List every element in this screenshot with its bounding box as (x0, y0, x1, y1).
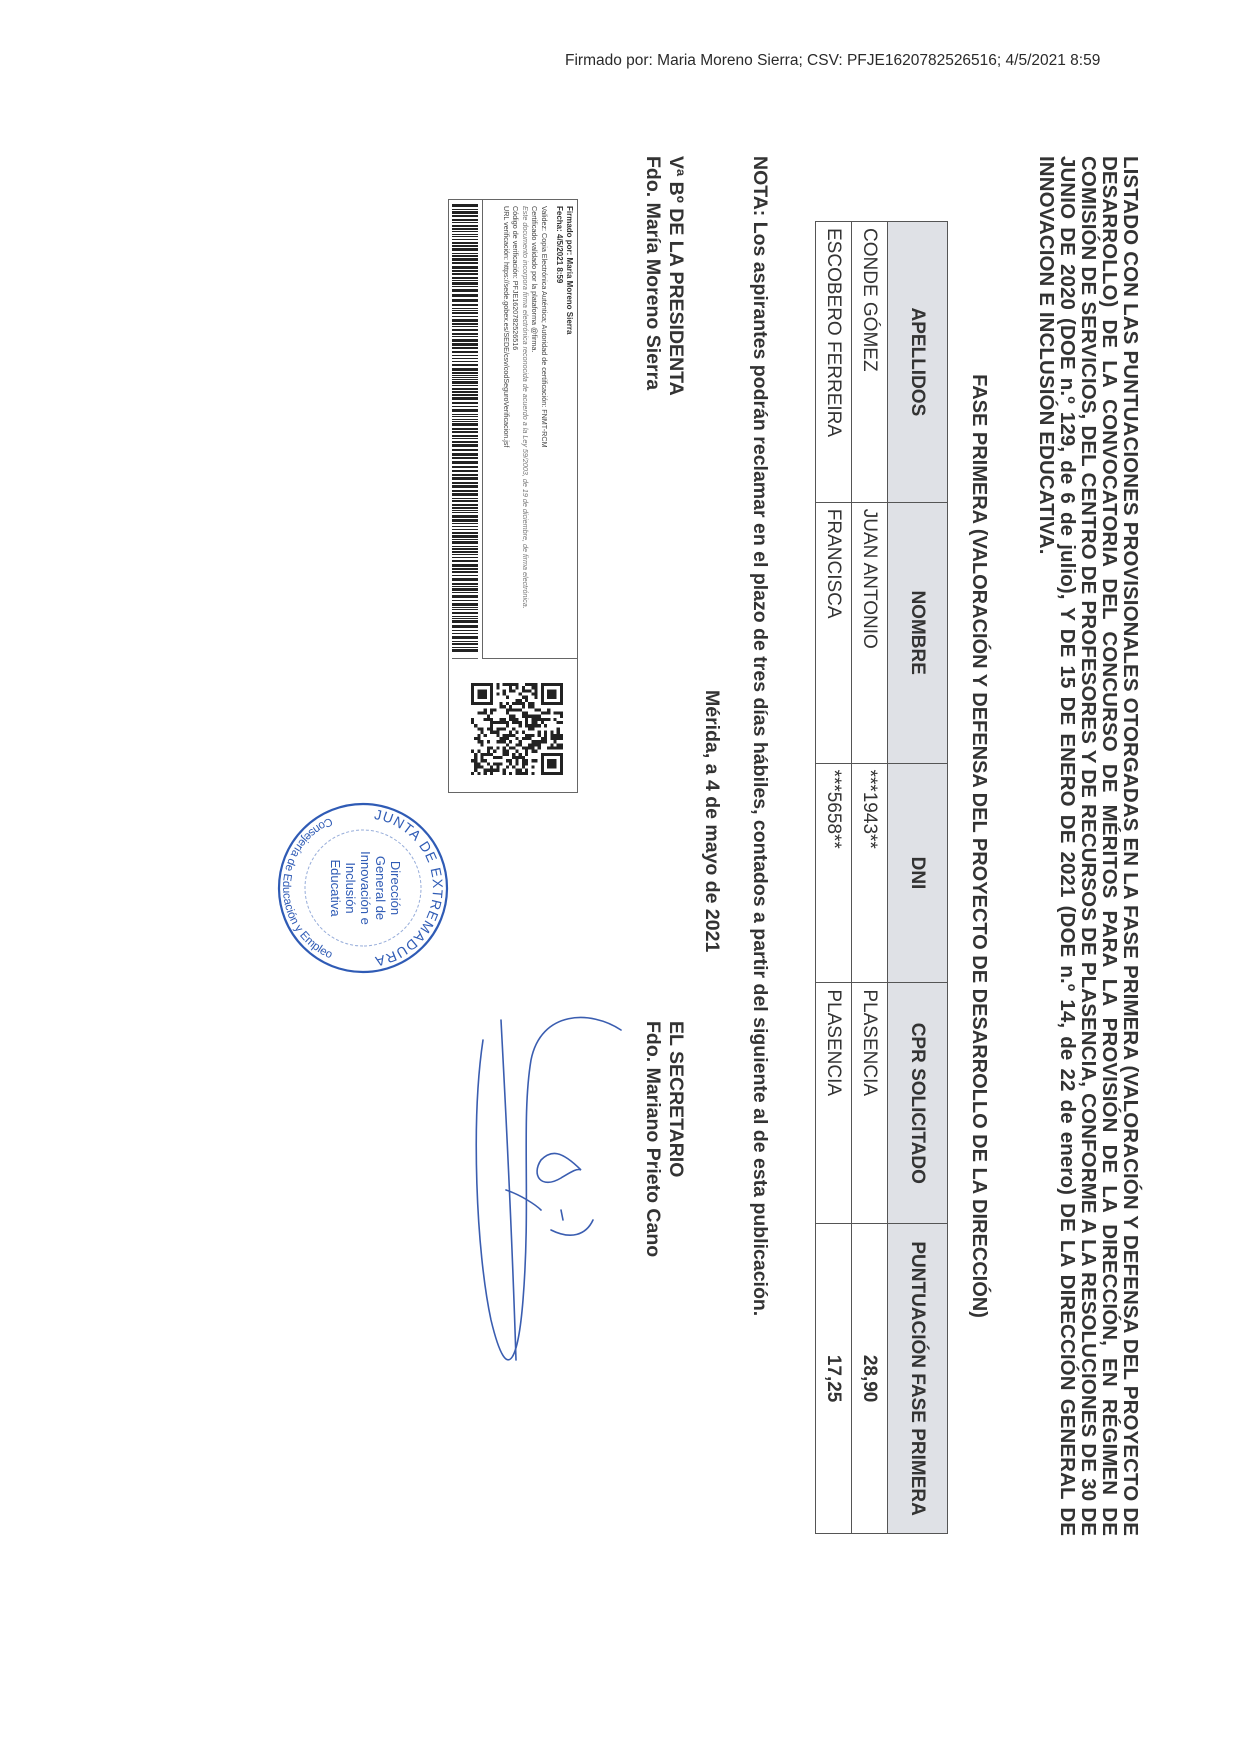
table-header-row: APELLIDOS NOMBRE DNI CPR SOLICITADO PUNT… (888, 222, 948, 1534)
president-name: Fdo. María Moreno Sierra (641, 156, 664, 396)
e-signed-date: Fecha: 4/5/2021 8:59 (556, 206, 565, 283)
claims-note: NOTA: Los aspirantes podrán reclamar en … (748, 156, 771, 1316)
barcode-icon (452, 204, 478, 659)
e-verification-code: Código de verificación: PFJE162078252651… (511, 206, 521, 652)
column-header-cpr: CPR SOLICITADO (888, 983, 948, 1224)
e-signature-verification-box: Firmado por: Maria Moreno Sierra Fecha: … (448, 199, 578, 793)
column-header-apellidos: APELLIDOS (888, 222, 948, 503)
president-role: Vª Bº DE LA PRESIDENTA (664, 156, 687, 396)
e-legal-note: Este documento incorpora firma electróni… (521, 206, 531, 652)
column-header-nombre: NOMBRE (888, 502, 948, 763)
cell-cpr: PLASENCIA (816, 983, 852, 1224)
e-signed-by: Firmado por: Maria Moreno Sierra (565, 206, 574, 334)
cell-puntuacion: 28,90 (852, 1224, 888, 1534)
president-signature-block: Vª Bº DE LA PRESIDENTA Fdo. María Moreno… (641, 156, 687, 396)
handwritten-signature-icon (421, 1000, 681, 1420)
document-subtitle: FASE PRIMERA (VALORACIÓN Y DEFENSA DEL P… (967, 156, 990, 1536)
table-row: ESCOBERO FERREIRA FRANCISCA ***5658** PL… (816, 222, 852, 1534)
cell-nombre: JUAN ANTONIO (852, 502, 888, 763)
document-title: LISTADO CON LAS PUNTUACIONES PROVISIONAL… (1036, 156, 1141, 1536)
column-header-puntuacion: PUNTUACIÓN FASE PRIMERA (888, 1224, 948, 1534)
cell-nombre: FRANCISCA (816, 502, 852, 763)
svg-text:Innovación e: Innovación e (358, 851, 373, 925)
official-seal-icon: JUNTA DE EXTREMADURA Consejería de Educa… (275, 800, 451, 976)
qr-code-icon (471, 683, 563, 775)
cell-apellidos: CONDE GÓMEZ (852, 222, 888, 503)
scores-table: APELLIDOS NOMBRE DNI CPR SOLICITADO PUNT… (815, 221, 948, 1534)
cell-cpr: PLASENCIA (852, 983, 888, 1224)
svg-text:Educativa: Educativa (328, 859, 343, 917)
e-verification-url: URL verificación: https://sede.gobex.es/… (502, 206, 512, 652)
svg-text:Inclusión: Inclusión (343, 862, 358, 913)
place-and-date: Mérida, a 4 de mayo de 2021 (700, 690, 723, 952)
e-signature-details: Firmado por: Maria Moreno Sierra Fecha: … (482, 200, 577, 659)
svg-text:General de: General de (373, 856, 388, 920)
cell-apellidos: ESCOBERO FERREIRA (816, 222, 852, 503)
e-validity: Validez: Copia Electrónica Auténtica; Au… (540, 206, 550, 652)
table-row: CONDE GÓMEZ JUAN ANTONIO ***1943** PLASE… (852, 222, 888, 1534)
column-header-dni: DNI (888, 763, 948, 983)
svg-text:Dirección: Dirección (388, 861, 403, 915)
cell-dni: ***5658** (816, 763, 852, 983)
cell-dni: ***1943** (852, 763, 888, 983)
svg-text:Consejería de Educación y Empl: Consejería de Educación y Empleo (280, 815, 334, 961)
e-certified: Certificado validado por la plataforma @… (530, 206, 540, 652)
rotated-page-content: LISTADO CON LAS PUNTUACIONES PROVISIONAL… (0, 0, 1241, 1754)
cell-puntuacion: 17,25 (816, 1224, 852, 1534)
